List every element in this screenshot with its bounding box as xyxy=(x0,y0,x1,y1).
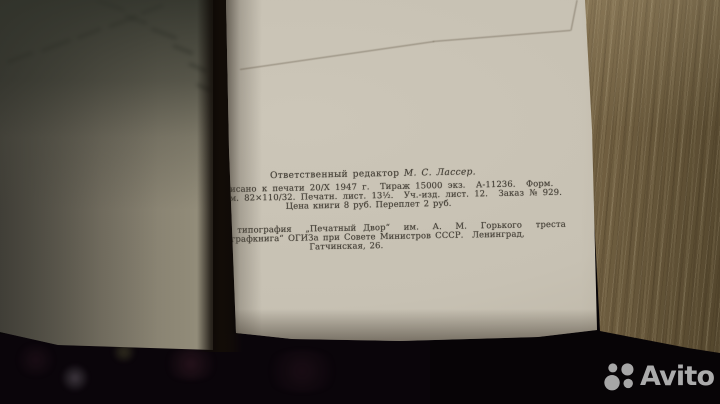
fabric-fold xyxy=(260,350,344,392)
fabric-fold xyxy=(14,344,58,376)
fabric-fold xyxy=(160,348,222,380)
fabric-flower xyxy=(60,364,90,392)
avito-wordmark: Avito xyxy=(640,360,714,393)
editor-label: Ответственный редактор xyxy=(270,169,399,181)
editor-name: М. С. Лассер. xyxy=(404,167,476,178)
avito-logo-icon xyxy=(604,360,637,393)
photo-background: Ответственный редактор М. С. Лассер. пис… xyxy=(0,0,720,404)
avito-watermark: Avito xyxy=(604,360,714,393)
colophon-text: Ответственный редактор М. С. Лассер. пис… xyxy=(224,166,563,253)
